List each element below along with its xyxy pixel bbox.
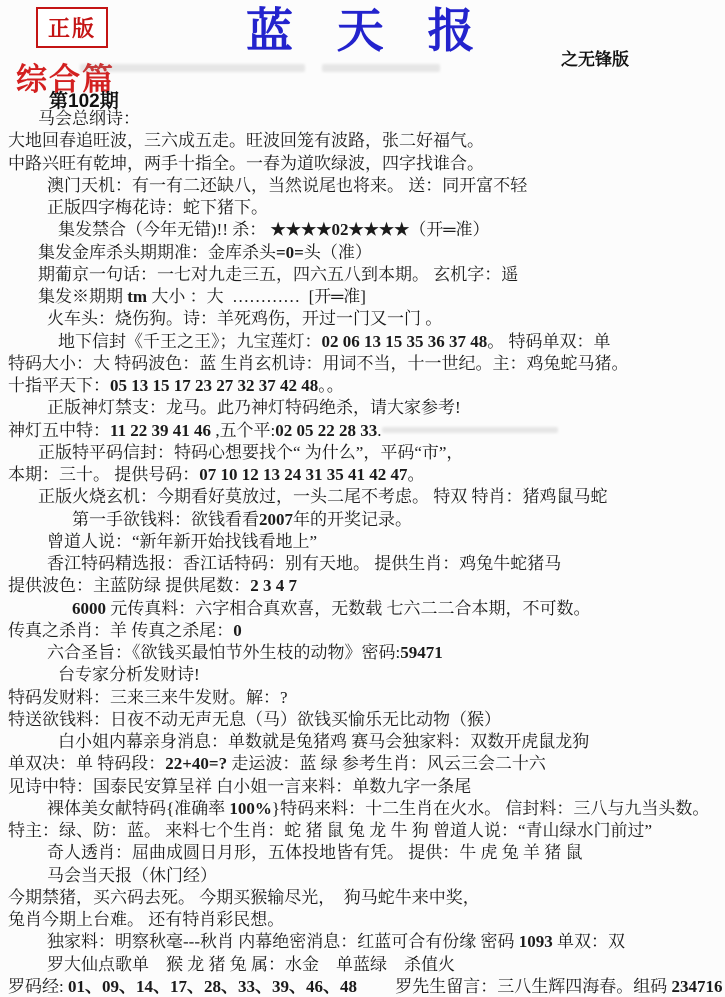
body-text: 集发金库杀头期期准：金库杀头 (38, 243, 276, 262)
body-text: 罗大仙点歌单 猴 龙 猪 兔 属：水金 单蓝绿 杀值火 (47, 955, 455, 974)
authentic-badge: 正版 (36, 7, 108, 48)
number-text: 02 06 13 15 35 36 37 48 (322, 332, 488, 351)
body-text: 火车头：烧伤狗。诗：羊死鸡伤，开过一门又一门 。 (47, 309, 442, 328)
body-text: 提供波色：主蓝防绿 提供尾数： (8, 576, 250, 595)
text-line: 奇人透肖：屈曲成圆日月形，五体投地皆有凭。 提供：牛 虎 兔 羊 猪 鼠 (0, 842, 725, 864)
text-line: 集发金库杀头期期准：金库杀头=0=头（准） (0, 242, 725, 264)
number-text: 1093 (519, 932, 553, 951)
body-text: 。 特码单双：单 (487, 332, 610, 351)
body-text: （开═准） (409, 220, 489, 239)
text-line: 罗码经: 01、09、14、17、28、33、39、46、48 罗先生留言：三八… (0, 976, 725, 997)
body-text: 。。 (318, 376, 344, 395)
number-text: =0= (276, 243, 304, 262)
text-line: 特码大小：大 特码波色：蓝 生肖玄机诗：用词不当，十一世纪。主：鸡兔蛇马猪。 (0, 353, 725, 375)
text-line: 第一手欲钱料：欲钱看看2007年的开奖记录。 (0, 509, 725, 531)
text-line: 见诗中特：国泰民安算呈祥 白小姐一言来料：单数九字一条尾 (0, 776, 725, 798)
number-text: 59471 (400, 643, 443, 662)
text-line: 香江特码精选报：香江话特码：别有天地。 提供生肖：鸡兔牛蛇猪马 (0, 553, 725, 575)
body-text: }特码来料：十二生肖在火水。 信封料：三八与九当头数。 (272, 799, 709, 818)
number-text: ★★★★02★★★★ (270, 220, 409, 239)
text-line: 传真之杀肖：羊 传真之杀尾：0 (0, 620, 725, 642)
text-line: 马会总纲诗： (0, 108, 725, 130)
text-line: 集发禁合（今年无错)!! 杀： ★★★★02★★★★（开═准） (0, 219, 725, 241)
text-line: 特送欲钱料：日夜不动无声无息（马）欲钱买愉乐无比动物（猴） (0, 709, 725, 731)
body-text: 台专家分析发财诗! (58, 665, 200, 684)
number-text: 2 3 4 7 (250, 576, 297, 595)
number-text: 11 22 39 41 46 (110, 421, 211, 440)
text-line: 今期禁猪，买六码去死。 今期买猴输尽光， 狗马蛇牛来中奖， (0, 887, 725, 909)
body-text: 特主：绿、防：蓝。 来料七个生肖：蛇 猪 鼠 兔 龙 牛 狗 曾道人说：“青山绿… (8, 821, 652, 840)
scan-artifact (322, 64, 440, 72)
number-text: 2007 (259, 510, 293, 529)
body-text: 单双：双 (553, 932, 625, 951)
body-text: 走运波：蓝 绿 参考生肖：风云三会二十六 (227, 754, 546, 773)
body-text: 本期：三十。 提供号码： (8, 465, 199, 484)
number-text: 22+40=? (165, 754, 227, 773)
text-line: 正版火烧玄机：今期看好莫放过，一头二尾不考虑。 特双 特肖：猪鸡鼠马蛇 (0, 486, 725, 508)
number-text: tm (127, 287, 147, 306)
body-text: 正版火烧玄机：今期看好莫放过，一头二尾不考虑。 特双 特肖：猪鸡鼠马蛇 (38, 487, 608, 506)
text-line: 地下信封《千王之王》；九宝莲灯：02 06 13 15 35 36 37 48。… (0, 331, 725, 353)
text-line: 独家料：明察秋毫---秋肖 内幕绝密消息：红蓝可合有份缘 密码 1093 单双：… (0, 931, 725, 953)
newspaper-title: 蓝 天 报 (246, 0, 491, 61)
text-line: 六合圣旨：《欲钱买最怕节外生枝的动物》密码:59471 (0, 642, 725, 664)
number-text: 234716 (671, 977, 722, 996)
text-line: 本期：三十。 提供号码：07 10 12 13 24 31 35 41 42 4… (0, 464, 725, 486)
text-line: 集发※期期 tm 大小 ：大 ………… [开═准] (0, 286, 725, 308)
body-text: 澳门天机：有一有二还缺八，当然说尾也将来。 送：同开富不轻 (47, 176, 527, 195)
body-text: 大小 ：大 ………… [开═准] (147, 287, 366, 306)
text-line: 裸体美女献特码{准确率 100%}特码来料：十二生肖在火水。 信封料：三八与九当… (0, 798, 725, 820)
body-text: 曾道人说：“新年新开始找钱看地上” (47, 532, 317, 551)
body-text: 元传真料：六字相合真欢喜，无数载 七六二二合本期，不可数。 (106, 599, 591, 618)
body-text: 今期禁猪，买六码去死。 今期买猴输尽光， 狗马蛇牛来中奖， (8, 888, 480, 907)
body-text: 神灯五中特： (8, 421, 110, 440)
body-text: 特送欲钱料：日夜不动无声无息（马）欲钱买愉乐无比动物（猴） (8, 710, 501, 729)
text-line: 特主：绿、防：蓝。 来料七个生肖：蛇 猪 鼠 兔 龙 牛 狗 曾道人说：“青山绿… (0, 820, 725, 842)
text-line: 特码发财料：三来三来牛发财。解：? (0, 687, 725, 709)
body-text: 第一手欲钱料：欲钱看看 (72, 510, 259, 529)
text-line: 期葡京一句话：一七对九走三五，四六五八到本期。 玄机字：遥 (0, 264, 725, 286)
text-line: 白小姐内幕亲身消息：单数就是兔猪鸡 赛马会独家料：双数开虎鼠龙狗 (0, 731, 725, 753)
text-line: 十指平天下：05 13 15 17 23 27 32 37 42 48。。 (0, 375, 725, 397)
body-text: 十指平天下： (8, 376, 110, 395)
number-text: 07 10 12 13 24 31 35 41 42 47 (199, 465, 407, 484)
number-text: 01、09、14、17、28、33、39、46、48 (68, 977, 357, 996)
text-line: 罗大仙点歌单 猴 龙 猪 兔 属：水金 单蓝绿 杀值火 (0, 954, 725, 976)
text-line: 澳门天机：有一有二还缺八，当然说尾也将来。 送：同开富不轻 (0, 175, 725, 197)
body-text: 六合圣旨：《欲钱买最怕节外生枝的动物》密码: (47, 643, 400, 662)
text-line: 正版神灯禁支：龙马。此乃神灯特码绝杀，请大家参考! (0, 397, 725, 419)
text-line: 马会当天报（休门经） (0, 865, 725, 887)
body-text: 集发禁合（今年无错)!! 杀： (58, 220, 270, 239)
body-text: 独家料：明察秋毫---秋肖 内幕绝密消息：红蓝可合有份缘 密码 (47, 932, 519, 951)
body-text: 正版四字梅花诗：蛇下猪下。 (47, 198, 268, 217)
body-text: 奇人透肖：屈曲成圆日月形，五体投地皆有凭。 提供：牛 虎 兔 羊 猪 鼠 (47, 843, 583, 862)
body-text: 马会总纲诗： (38, 109, 140, 128)
number-text: 02 05 22 28 33 (275, 421, 377, 440)
text-line: 火车头：烧伤狗。诗：羊死鸡伤，开过一门又一门 。 (0, 308, 725, 330)
body-text: 罗先生留言：三八生辉四海春。组码 (357, 977, 672, 996)
text-line: 大地回春追旺波，三六成五走。旺波回笼有波路，张二好福气。 (0, 130, 725, 152)
text-line: 提供波色：主蓝防绿 提供尾数：2 3 4 7 (0, 575, 725, 597)
text-line: 台专家分析发财诗! (0, 664, 725, 686)
body-text: 正版神灯禁支：龙马。此乃神灯特码绝杀，请大家参考! (47, 398, 461, 417)
document-body: 马会总纲诗：大地回春追旺波，三六成五走。旺波回笼有波路，张二好福气。中路兴旺有乾… (0, 108, 725, 997)
body-text: 大地回春追旺波，三六成五走。旺波回笼有波路，张二好福气。 (8, 131, 484, 150)
body-text: . (377, 421, 381, 440)
body-text: 传真之杀肖：羊 传真之杀尾： (8, 621, 233, 640)
number-text: 05 13 15 17 23 27 32 37 42 48 (110, 376, 318, 395)
body-text: 期葡京一句话：一七对九走三五，四六五八到本期。 玄机字：遥 (38, 265, 518, 284)
text-line: 正版特平码信封：特码心想要找个“ 为什么”，平码“市”， (0, 442, 725, 464)
scan-artifact (80, 64, 305, 72)
number-text: 100% (229, 799, 272, 818)
text-line: 兔肖今期上台难。 还有特肖彩民想。 (0, 909, 725, 931)
text-line: 神灯五中特：11 22 39 41 46 ,五个平:02 05 22 28 33… (0, 420, 725, 442)
body-text: ,五个平: (211, 421, 275, 440)
body-text: 罗码经: (8, 977, 68, 996)
number-text: 6000 (72, 599, 106, 618)
body-text: 单双决：单 特码段： (8, 754, 165, 773)
text-line: 6000 元传真料：六字相合真欢喜，无数载 七六二二合本期，不可数。 (0, 598, 725, 620)
body-text: 中路兴旺有乾坤，两手十指全。一春为道吹绿波，四字找谁合。 (8, 154, 484, 173)
text-line: 正版四字梅花诗：蛇下猪下。 (0, 197, 725, 219)
body-text: 集发※期期 (38, 287, 127, 306)
body-text: 白小姐内幕亲身消息：单数就是兔猪鸡 赛马会独家料：双数开虎鼠龙狗 (58, 732, 589, 751)
body-text: 地下信封《千王之王》；九宝莲灯： (58, 332, 322, 351)
text-line: 中路兴旺有乾坤，两手十指全。一春为道吹绿波，四字找谁合。 (0, 153, 725, 175)
body-text: 见诗中特：国泰民安算呈祥 白小姐一言来料：单数九字一条尾 (8, 777, 471, 796)
body-text: 。 (408, 465, 425, 484)
text-line: 曾道人说：“新年新开始找钱看地上” (0, 531, 725, 553)
text-line: 单双决：单 特码段：22+40=? 走运波：蓝 绿 参考生肖：风云三会二十六 (0, 753, 725, 775)
body-text: 裸体美女献特码{准确率 (47, 799, 229, 818)
body-text: 正版特平码信封：特码心想要找个“ 为什么”，平码“市”， (38, 443, 463, 462)
number-text: 0 (233, 621, 242, 640)
body-text: 特码发财料：三来三来牛发财。解：? (8, 688, 288, 707)
body-text: 兔肖今期上台难。 还有特肖彩民想。 (8, 910, 284, 929)
body-text: 年的开奖记录。 (293, 510, 412, 529)
body-text: 香江特码精选报：香江话特码：别有天地。 提供生肖：鸡兔牛蛇猪马 (47, 554, 561, 573)
edition-label: 之无锋版 (561, 45, 629, 70)
body-text: 马会当天报（休门经） (47, 866, 217, 885)
body-text: 特码大小：大 特码波色：蓝 生肖玄机诗：用词不当，十一世纪。主：鸡兔蛇马猪。 (8, 354, 629, 373)
body-text: 头（准） (304, 243, 372, 262)
